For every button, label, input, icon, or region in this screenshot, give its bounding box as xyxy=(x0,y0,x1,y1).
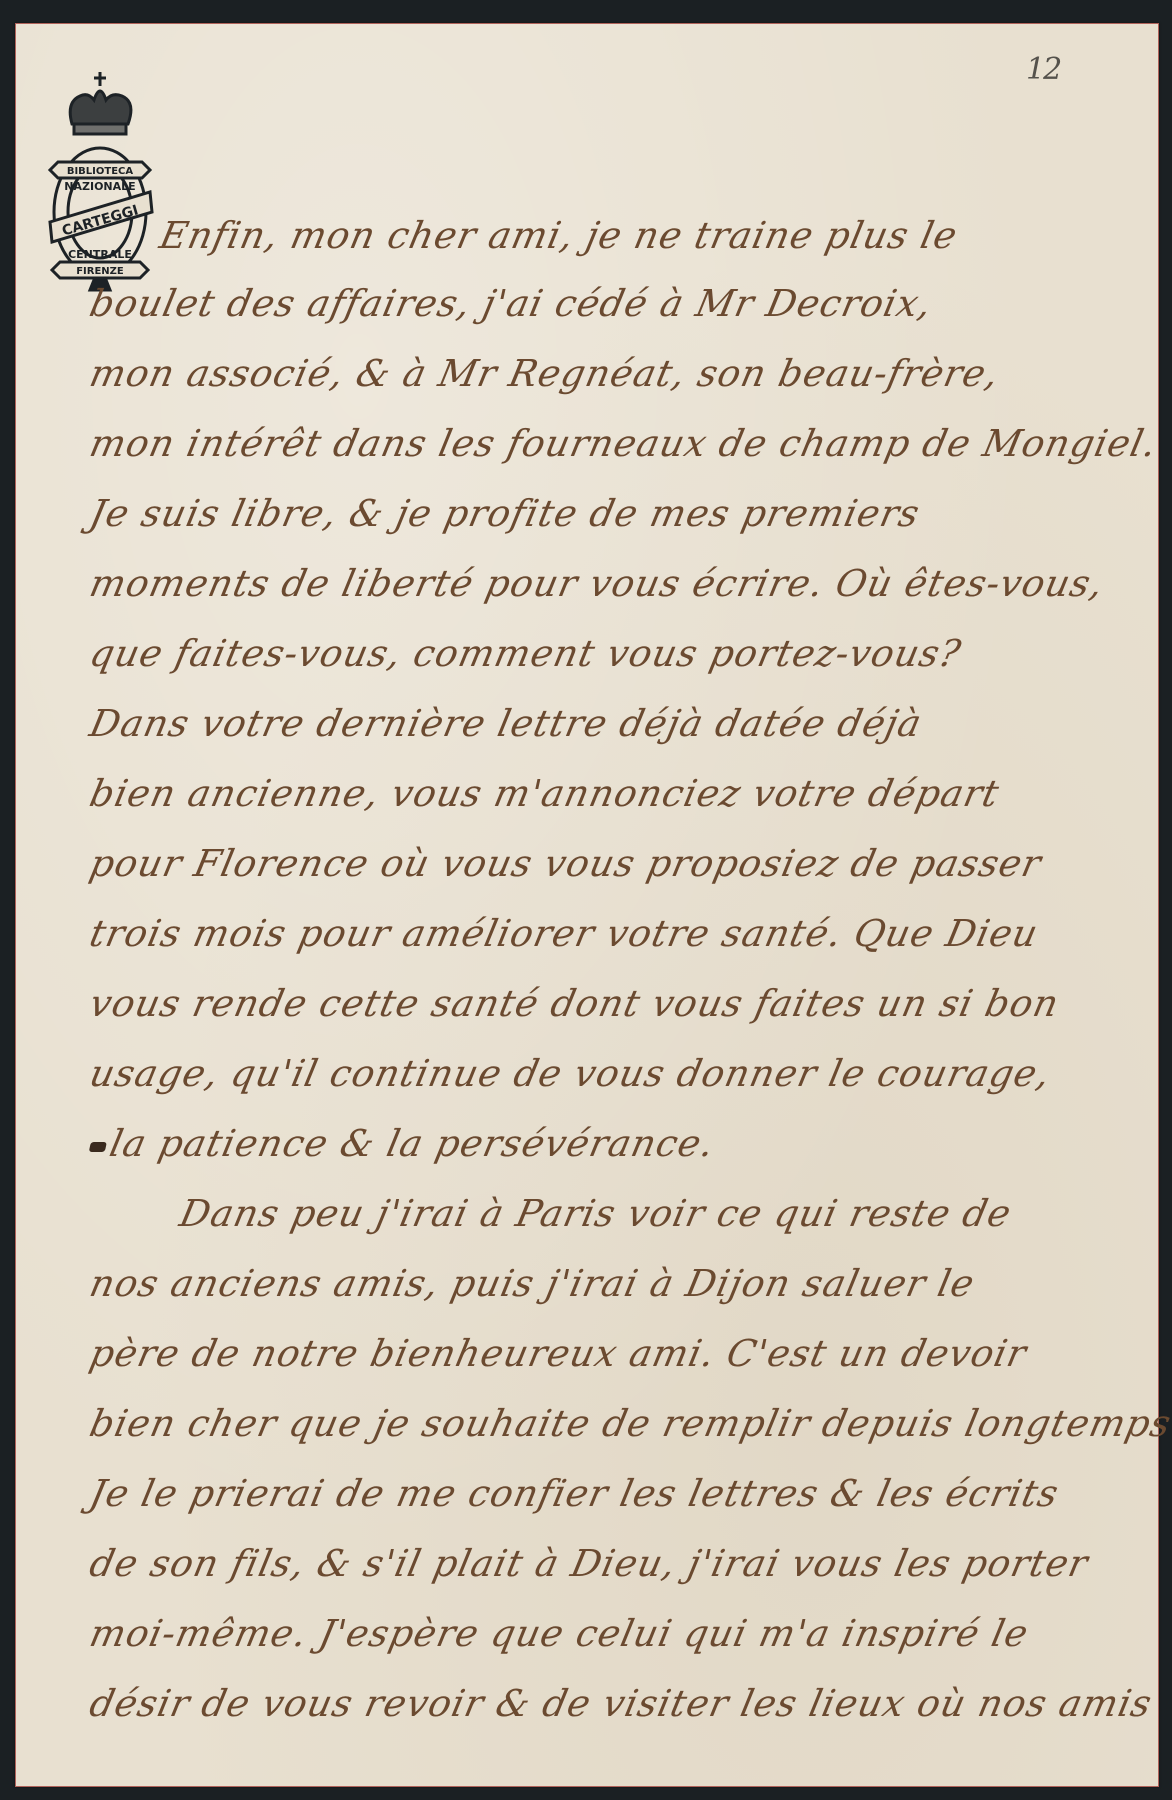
letter-line: boulet des affaires, j'ai cédé à Mr Decr… xyxy=(86,282,936,325)
letter-line: désir de vous revoir & de visiter les li… xyxy=(86,1682,1156,1725)
letter-line: la patience & la persévérance. xyxy=(86,1122,719,1165)
letter-line: Je suis libre, & je profite de mes premi… xyxy=(86,492,924,535)
letter-line: père de notre bienheureux ami. C'est un … xyxy=(86,1332,1031,1375)
letter-line: que faites-vous, comment vous portez-vou… xyxy=(86,632,965,675)
letter-line: Je le prierai de me confier les lettres … xyxy=(86,1472,1063,1515)
svg-text:FIRENZE: FIRENZE xyxy=(76,266,124,277)
library-stamp-icon: BIBLIOTECA CARTEGGI FIRENZE NAZIONALE CE… xyxy=(44,62,156,292)
letter-line: bien cher que je souhaite de remplir dep… xyxy=(86,1402,1172,1445)
letter-line: mon associé, & à Mr Regnéat, son beau-fr… xyxy=(86,352,1003,395)
letter-line: bien ancienne, vous m'annonciez votre dé… xyxy=(86,772,1003,815)
svg-text:NAZIONALE: NAZIONALE xyxy=(64,180,135,193)
letter-line: vous rende cette santé dont vous faites … xyxy=(86,982,1063,1025)
letter-line: usage, qu'il continue de vous donner le … xyxy=(86,1052,1055,1095)
letter-line: pour Florence où vous vous proposiez de … xyxy=(86,842,1046,885)
letter-line: Enfin, mon cher ami, je ne traine plus l… xyxy=(156,214,962,257)
svg-text:BIBLIOTECA: BIBLIOTECA xyxy=(67,166,134,177)
letter-line: moments de liberté pour vous écrire. Où … xyxy=(86,562,1108,605)
letter-line: nos anciens amis, puis j'irai à Dijon sa… xyxy=(86,1262,979,1305)
letter-page: BIBLIOTECA CARTEGGI FIRENZE NAZIONALE CE… xyxy=(15,23,1159,1787)
letter-line: Dans votre dernière lettre déjà datée dé… xyxy=(86,702,926,745)
letter-line: moi-même. J'espère que celui qui m'a ins… xyxy=(86,1612,1033,1655)
letter-line: trois mois pour améliorer votre santé. Q… xyxy=(86,912,1042,955)
svg-text:CENTRALE: CENTRALE xyxy=(68,248,132,261)
letter-line: Dans peu j'irai à Paris voir ce qui rest… xyxy=(176,1192,1015,1235)
folio-number: 12 xyxy=(1026,52,1060,87)
letter-line: mon intérêt dans les fourneaux de champ … xyxy=(86,422,1161,465)
letter-line-text: la patience & la persévérance. xyxy=(106,1122,719,1165)
letter-line: de son fils, & s'il plait à Dieu, j'irai… xyxy=(86,1542,1092,1585)
ink-blot-icon xyxy=(89,1142,107,1152)
